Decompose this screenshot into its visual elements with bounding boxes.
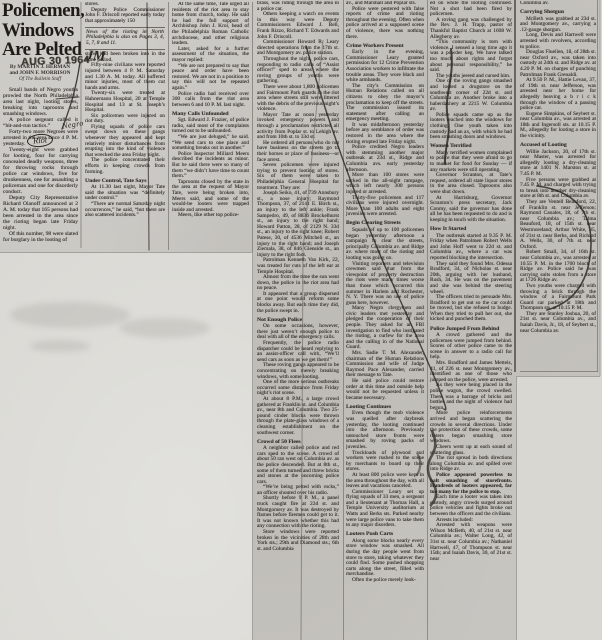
subheading: Women Terrified [430,143,512,149]
paragraph: He said police could restore order at th… [346,379,424,401]
paragraph: At 11.30 last night, Mayor Tate said the… [85,185,165,202]
subheading: How It Started [430,226,512,232]
paragraph: These roving gangs appeared to be concen… [257,363,339,380]
paragraph: Almost from the time the sun went down, … [257,275,339,292]
paragraph: Others keeping a watch on events in this… [257,12,339,40]
paragraph: The riot spread in both directions along… [430,456,512,473]
paragraph: Fifty-nine civilians were reported injur… [85,63,165,91]
paragraph: Two youths were charged with throwing a … [520,284,596,312]
paragraph: Commissioner Howard R. Leary directed op… [257,40,339,57]
subheading: Under Control, Tate Says [85,178,165,184]
backing-stain [30,340,90,352]
paragraph: Shortly before 9 P. M., a panel truck ca… [257,496,339,530]
paragraph: Early in the evening, Commissioner Leary… [346,50,424,84]
paragraph: Police radio had received over 300 calls… [172,92,249,109]
paragraph: A crowd gathered and the policemen were … [430,333,512,361]
editors-note: News of the rioting in North Philadelphi… [85,27,165,50]
paragraph: They are Stanley Joshua, 20, of 21st st.… [520,312,596,334]
paragraph: Columbia av. [520,1,596,7]
paragraph: He ordered all persons who do not have b… [257,141,339,163]
paragraph: A neighbor called police and red cars sp… [257,446,339,485]
subheading: Police Jumped From Behind [430,326,512,332]
headline-line: Policemen, [2,1,82,21]
paragraph: Five persons were grabbed at 7.45 P. M. … [520,178,596,200]
paragraph: Twenty-six were treated at Hahnemann Hos… [85,91,165,113]
paragraph: A roving gang was challenged by the Rev.… [430,18,512,40]
paragraph: Arrested with weapons were Wilson McBeth… [430,523,512,562]
paragraph: Often the police merely look- [346,578,424,584]
paragraph: As they were being placed in the police … [430,383,512,411]
news-column-2: stores.Deputy Police Commissioner John F… [85,2,165,251]
paragraph: Thirty-five policemen and 117 civilians … [346,196,424,218]
paragraph: The police concentrated their efforts in… [85,158,165,175]
paragraph: One of the more serious outbreaks occurr… [257,380,339,397]
paragraph: More than 100 stores were sacked in the … [346,173,424,195]
paragraph: At Harrisburg, Governor Scranton’s press… [430,196,512,224]
paragraph: Governor Scranton, at Tate’s request, or… [430,173,512,195]
paragraph: At about 8 P.M., a large crowd gathered … [257,397,339,436]
paragraph: Of this number, 98 were slated for burgl… [3,231,78,243]
paragraph: Visiting reporters and television crewme… [346,262,424,307]
subheading: Not Enough Police [257,317,339,323]
news-column-4: brass, was riding through the area in a … [257,1,339,639]
news-column-5: av., and Marshall and Poplar sts.Police … [346,1,424,639]
paragraph: Twenty-eight were grabbed for looting, f… [3,147,78,195]
paragraph: Taprooms closed by the state in the area… [172,180,249,214]
paragraph: Truckloads of plywood and workers were r… [346,451,424,473]
paragraph: Mayor Tate at noon yesterday invoked eme… [257,113,339,141]
subheading: Accused of Looting [520,142,596,148]
article-headline: Policemen, Windows Are Pelted [2,1,82,60]
paragraph: Small bands of Negro youths prowled the … [3,87,78,117]
subheading: Carrying Shotgun [520,9,596,15]
subheading: Looting Continues [346,404,424,410]
backing-stain [10,302,130,328]
paragraph: More police reinforcements arrived and b… [430,411,512,445]
paragraph: Meers, like other top police- [172,213,249,219]
paragraph: The outbreak started at 9.35 P. M. Frida… [430,234,512,262]
paragraph: “We are just deluged,” he said. “We send… [172,135,249,152]
paragraph: At least 800 police were kept in the are… [346,473,424,490]
paragraph: One of the roving gangs smashed and loot… [430,79,512,113]
paragraph: Robert Small, 34, of 16th st. near Colum… [520,250,596,284]
paragraph: Patrolman Kenneth Van Kirk, 22, was trea… [257,258,339,275]
paragraph: Sgt. Edward J. Frazier, of police radio,… [172,118,249,135]
paragraph: Deputy City Representative Richard Olano… [3,195,78,231]
paragraph: Many Negro clergymen and civic leaders m… [346,306,424,351]
paragraph: Seven policemen were injured trying to p… [257,163,339,191]
subheading: Looters Push Carts [346,531,424,537]
paragraph: Later, asked for a further assessment of… [172,47,249,64]
paragraph: It appeared that a group dispersed at on… [257,292,339,314]
paragraph: Mrs. Sadie T. M. Alexander, chairman of … [346,351,424,379]
subheading: Many Calls Unfounded [172,111,249,117]
newspaper-clipping-scan: Policemen, Windows Are Pelted AUG 30 196… [0,0,602,640]
paragraph: They are Ventell Beauford, 22, of Frankl… [520,200,596,250]
byline: By MARTIN J. HERMAN and JOHN F. MORRISON… [2,64,78,82]
paragraph: At the same time, Tate urged all residen… [172,2,249,47]
backing-stain [120,318,210,338]
paragraph: McBeth was grabbed at 23d st. and Montgo… [520,17,596,34]
byline-organization: Of The Bulletin Staff [2,76,78,82]
paragraph: Joseph Seiko, 41, of 739 Annsbury st., a… [257,191,339,258]
paragraph: “There are normal Saturday night occurre… [85,202,165,219]
paragraph: Flying squads of police cars swept down … [85,125,165,159]
paragraph: Police were pestered with false reports … [346,7,424,41]
paragraph: Police appeared powerless to halt smashi… [430,473,512,495]
paragraph: Police squads came up as the looters rea… [430,113,512,141]
paragraph: Willie Jackson, 20, of 17th st. near Mas… [520,150,596,178]
paragraph: Police credited Negro leaders with stemm… [346,145,424,173]
headline-line: Windows [2,21,82,41]
paragraph: On some occasions, however, there just w… [257,324,339,341]
paragraph: There were about 1,800 policemen and Fai… [257,85,339,113]
news-column-7: Columbia av.Carrying ShotgunMcBeth was g… [520,1,596,369]
paragraph: It was midafternoon yesterday before any… [346,123,424,145]
paragraph: They said they found Mrs. Odessa Bradfor… [430,262,512,296]
paragraph: Many terrified women complained to polic… [430,151,512,173]
paragraph: Douglas Fluellen, 18, of 28th st. near O… [520,50,596,78]
paragraph: Eugene Simpkins, of Seybert st. near Col… [520,112,596,140]
paragraph: Store windows were reported broken in th… [257,530,339,552]
subheading: Crowd of 50 Flees [257,439,339,445]
paragraph: “This community is torn with violence. I… [430,40,512,74]
paragraph: Deputy Police Commissioner John F. Drisc… [85,8,165,25]
paragraph: “We are not prepared to say that peace a… [172,64,249,92]
news-column-3: At the same time, Tate urged all residen… [172,2,249,253]
paragraph: Long, Devis and Hartwell were arrested w… [520,33,596,50]
subheading: Begin Clearing Streets [346,220,424,226]
paragraph: Frequently, the police radio dispatcher … [257,341,339,363]
paragraph: The officers tried to persuade Mrs. Brad… [430,295,512,323]
paragraph: At 9.50 P. M., Hattie Levan, 37, of 19th… [520,78,596,112]
paragraph: Squads of up to 100 policemen began yest… [346,228,424,262]
paragraph: Along some blocks nearly every store win… [346,539,424,578]
paragraph: ed on while the looting continued. Not a… [430,1,512,18]
news-column-1: Small bands of Negro youths prowled the … [3,87,78,250]
paragraph: Commissioner Leary set up flying squads … [346,490,424,529]
news-column-6: ed on while the looting continued. Not a… [430,1,512,639]
paragraph: The city’s Commission on Human Relations… [346,84,424,123]
subheading: Crime Workers Present [346,43,424,49]
paragraph: Even though the mob violence was quelled… [346,411,424,450]
paragraph: Police Inspector Millard Meers described… [172,152,249,180]
paragraph: Each time a looter was taken into custod… [430,495,512,517]
paragraph: Mrs. Bradford and James Mettels, 41, of … [430,361,512,383]
paragraph: Throughout the night, police cars, respo… [257,57,339,85]
